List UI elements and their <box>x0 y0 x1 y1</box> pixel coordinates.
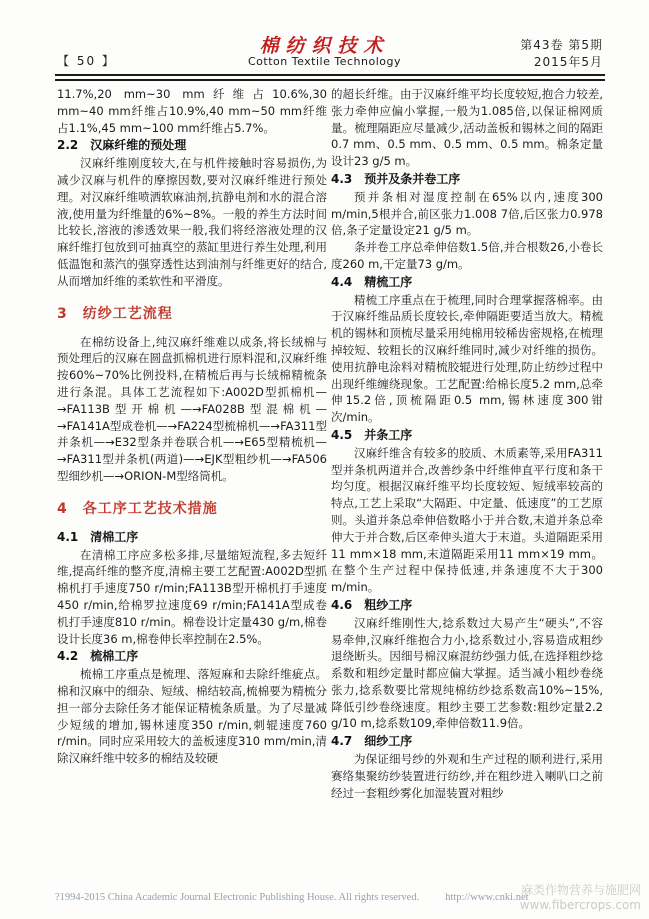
heading-2-2-pretreatment: 2.2 汉麻纤维的预处理 <box>57 137 327 154</box>
left-column: 11.7%,20 mm~30 mm纤维占10.6%,30 mm~40 mm纤维占… <box>57 86 327 767</box>
heading-4-4-combing: 4.4 精梳工序 <box>331 274 603 291</box>
header-double-rule <box>55 74 605 81</box>
paragraph-pretreatment: 汉麻纤维刚度较大,在与机件接触时容易损伤,为减少汉麻与机件的摩擦因数,要对汉麻纤… <box>57 155 327 289</box>
issue-date: 2015年5月 <box>534 53 603 70</box>
scanned-journal-page: 【 50 】 棉纺织技术 Cotton Textile Technology 第… <box>0 0 649 919</box>
heading-4-6-roving: 4.6 粗纱工序 <box>331 597 603 614</box>
right-column: 的超长纤维。由于汉麻纤维平均长度较短,抱合力较差,张力牵伸应偏小掌握,一般为1.… <box>331 86 603 801</box>
copyright-text: ?1994-2015 China Academic Journal Electr… <box>55 892 419 903</box>
volume-issue: 第43卷 第5期 <box>520 36 603 53</box>
heading-4-2-carding: 4.2 梳棉工序 <box>57 648 327 665</box>
heading-4-1-blowing: 4.1 清棉工序 <box>57 529 327 546</box>
paragraph-drawing-process: 汉麻纤维含有较多的胶质、木质素等,采用FA311型并条机两道并合,改善纱条中纤维… <box>331 445 603 596</box>
paragraph-blowing-process: 在清棉工序应多松多排,尽量缩短流程,多去短纤维,提高纤维的整齐度,清棉主要工艺配… <box>57 547 327 648</box>
section-heading-3-spinning-process: 3 纺纱工艺流程 <box>57 303 327 323</box>
paragraph-carding-continued: 的超长纤维。由于汉麻纤维平均长度较短,抱合力较差,张力牵伸应偏小掌握,一般为1.… <box>331 86 603 170</box>
paragraph-carding-process: 梳棉工序重点是梳理、落短麻和去除纤维疵点。棉和汉麻中的细杂、短绒、棉结较高,梳棉… <box>57 666 327 767</box>
paragraph-combing-process: 精梳工序重点在于梳理,同时合理掌握落棉率。由于汉麻纤维品质长度较长,牵伸隔距要适… <box>331 292 603 426</box>
watermark-site-name: 麻类作物营养与施肥网 <box>520 883 641 898</box>
watermark: 麻类作物营养与施肥网 www.fibercrops.com <box>520 883 641 913</box>
heading-4-3-predrawing: 4.3 预并及条并卷工序 <box>331 171 603 188</box>
paragraph-process-flow: 在棉纺设备上,纯汉麻纤维难以成条,将长绒棉与预处理后的汉麻在圆盘抓棉机进行原料混… <box>57 334 327 485</box>
paragraph-roving-process: 汉麻纤维刚性大,捻系数过大易产生“硬头”,不容易牵伸,汉麻纤维抱合力小,捻系数过… <box>331 615 603 733</box>
heading-4-7-spinning: 4.7 细纱工序 <box>331 733 603 750</box>
watermark-site-url: www.fibercrops.com <box>520 898 641 913</box>
heading-4-5-drawing: 4.5 并条工序 <box>331 427 603 444</box>
paragraph-predrawing-process: 预并条相对湿度控制在65%以内,速度300 m/min,5根并合,前区张力1.0… <box>331 189 603 239</box>
publisher-url: http://www.cnki.net <box>445 892 528 903</box>
section-heading-4-technical-measures: 4 各工序工艺技术措施 <box>57 498 327 518</box>
paragraph-fiber-length-distribution: 11.7%,20 mm~30 mm纤维占10.6%,30 mm~40 mm纤维占… <box>57 86 327 136</box>
paragraph-lapformer-process: 条并卷工序总牵伸倍数1.5倍,并合根数26,小卷长度260 m,干定量73 g/… <box>331 239 603 273</box>
paragraph-spinning-process: 为保证细号纱的外观和生产过程的顺利进行,采用赛络集聚纺纱装置进行纺纱,并在粗纱进… <box>331 751 603 801</box>
